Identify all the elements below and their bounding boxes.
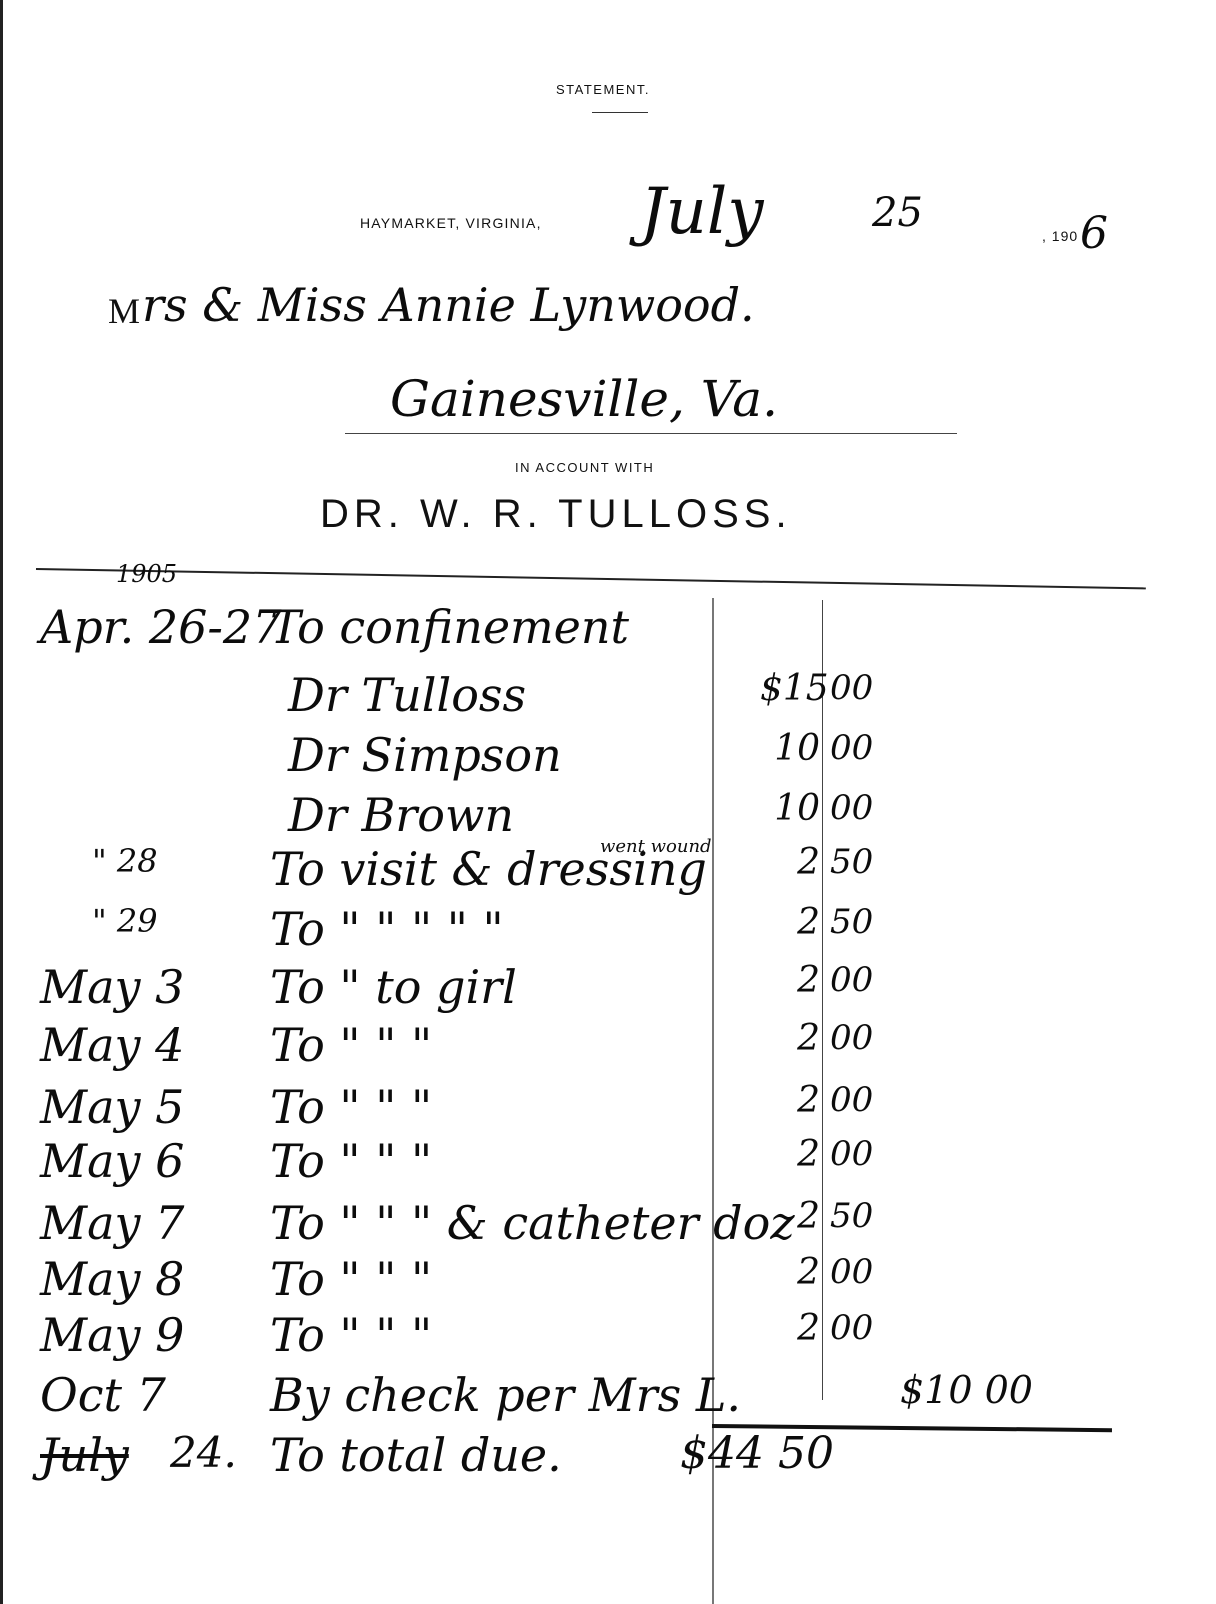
row-date: May 8 — [40, 1252, 184, 1306]
row-description: To " " " — [270, 1308, 432, 1362]
row-dollars: 2 — [760, 960, 820, 1001]
row-description: To confinement — [270, 600, 629, 654]
row-description: To " to girl — [270, 960, 517, 1014]
total-date-struck: July — [40, 1428, 129, 1482]
ledger-row: " 28 To visit & dressing went wound 2 50 — [0, 842, 1216, 902]
row-cents: 00 — [830, 960, 873, 1000]
row-dollars: 2 — [760, 842, 820, 883]
credit-date: Oct 7 — [40, 1368, 166, 1422]
row-cents: 00 — [830, 728, 873, 768]
ledger-row: May 3 To " to girl 2 00 — [0, 960, 1216, 1020]
row-date: May 9 — [40, 1308, 184, 1362]
row-cents: 00 — [830, 1080, 873, 1120]
row-description: To " " " & catheter doz — [270, 1196, 795, 1250]
salutation: M — [108, 290, 140, 332]
credit-amount: $10 00 — [900, 1368, 1033, 1412]
statement-page: STATEMENT. HAYMARKET, VIRGINIA, July 25 … — [0, 0, 1216, 1604]
total-date: 24. — [170, 1428, 237, 1477]
row-description: To " " " — [270, 1252, 432, 1306]
row-cents: 00 — [830, 1134, 873, 1174]
recipient-city: Gainesville, Va. — [390, 370, 778, 428]
row-dollars: 2 — [760, 902, 820, 943]
ledger-row: May 7 To " " " & catheter doz 2 50 — [0, 1196, 1216, 1256]
row-cents: 00 — [830, 1308, 873, 1348]
address-underline — [345, 433, 957, 434]
row-date: May 7 — [40, 1196, 184, 1250]
row-description: Dr Tulloss — [288, 668, 526, 722]
ledger-row: Dr Simpson 10 00 — [0, 728, 1216, 788]
row-date: " 28 — [92, 842, 158, 880]
row-cents: 50 — [830, 1196, 873, 1236]
year-printed: , 190 — [1042, 228, 1078, 244]
year-handwritten: 6 — [1080, 208, 1108, 259]
ledger-row: Apr. 26-27 To confinement — [0, 600, 1216, 660]
ledger-row: May 6 To " " " 2 00 — [0, 1134, 1216, 1194]
date-day: 25 — [872, 190, 923, 236]
recipient-name: rs & Miss Annie Lynwood. — [142, 278, 755, 332]
row-dollars: 10 — [760, 728, 820, 769]
doctor-name: DR. W. R. TULLOSS. — [320, 492, 792, 537]
ledger-year: 1905 — [116, 560, 177, 588]
row-cents: 00 — [830, 668, 873, 708]
row-dollars: $15 — [760, 668, 820, 709]
ledger-row: May 4 To " " " 2 00 — [0, 1018, 1216, 1078]
credit-row: Oct 7 By check per Mrs L. $10 00 — [0, 1368, 1216, 1428]
total-row: July 24. To total due. $44 50 — [0, 1428, 1216, 1488]
ledger-row: " 29 To " " " " " 2 50 — [0, 902, 1216, 962]
row-dollars: 2 — [760, 1134, 820, 1175]
row-cents: 00 — [830, 1252, 873, 1292]
row-description: To " " " " " — [270, 902, 504, 956]
row-dollars: 2 — [760, 1080, 820, 1121]
statement-title: STATEMENT. — [556, 82, 650, 97]
row-date: " 29 — [92, 902, 158, 940]
title-underline — [592, 112, 648, 113]
row-cents: 50 — [830, 842, 873, 882]
row-date: May 3 — [40, 960, 184, 1014]
row-description: Dr Simpson — [288, 728, 562, 782]
row-dollars: 2 — [760, 1308, 820, 1349]
row-date: Apr. 26-27 — [40, 600, 281, 654]
date-month: July — [640, 175, 764, 249]
ledger-top-rule — [36, 568, 1146, 589]
row-cents: 50 — [830, 902, 873, 942]
row-description: Dr Brown — [288, 788, 514, 842]
total-description: To total due. — [270, 1428, 562, 1482]
place-line: HAYMARKET, VIRGINIA, — [360, 215, 542, 231]
row-dollars: 2 — [760, 1252, 820, 1293]
credit-description: By check per Mrs L. — [270, 1368, 741, 1422]
row-description: To " " " — [270, 1018, 432, 1072]
row-dollars: 2 — [760, 1196, 820, 1237]
row-cents: 00 — [830, 788, 873, 828]
ledger-row: May 9 To " " " 2 00 — [0, 1308, 1216, 1368]
row-date: May 5 — [40, 1080, 184, 1134]
row-dollars: 2 — [760, 1018, 820, 1059]
row-note: went wound — [600, 836, 712, 857]
row-description: To " " " — [270, 1080, 432, 1134]
ledger-row: May 5 To " " " 2 00 — [0, 1080, 1216, 1140]
row-date: May 4 — [40, 1018, 184, 1072]
row-cents: 00 — [830, 1018, 873, 1058]
row-date: May 6 — [40, 1134, 184, 1188]
in-account-with: IN ACCOUNT WITH — [515, 460, 654, 475]
row-dollars: 10 — [760, 788, 820, 829]
ledger-row: Dr Tulloss $15 00 — [0, 668, 1216, 728]
total-amount: $44 50 — [680, 1428, 834, 1479]
row-description: To " " " — [270, 1134, 432, 1188]
ledger-row: May 8 To " " " 2 00 — [0, 1252, 1216, 1312]
